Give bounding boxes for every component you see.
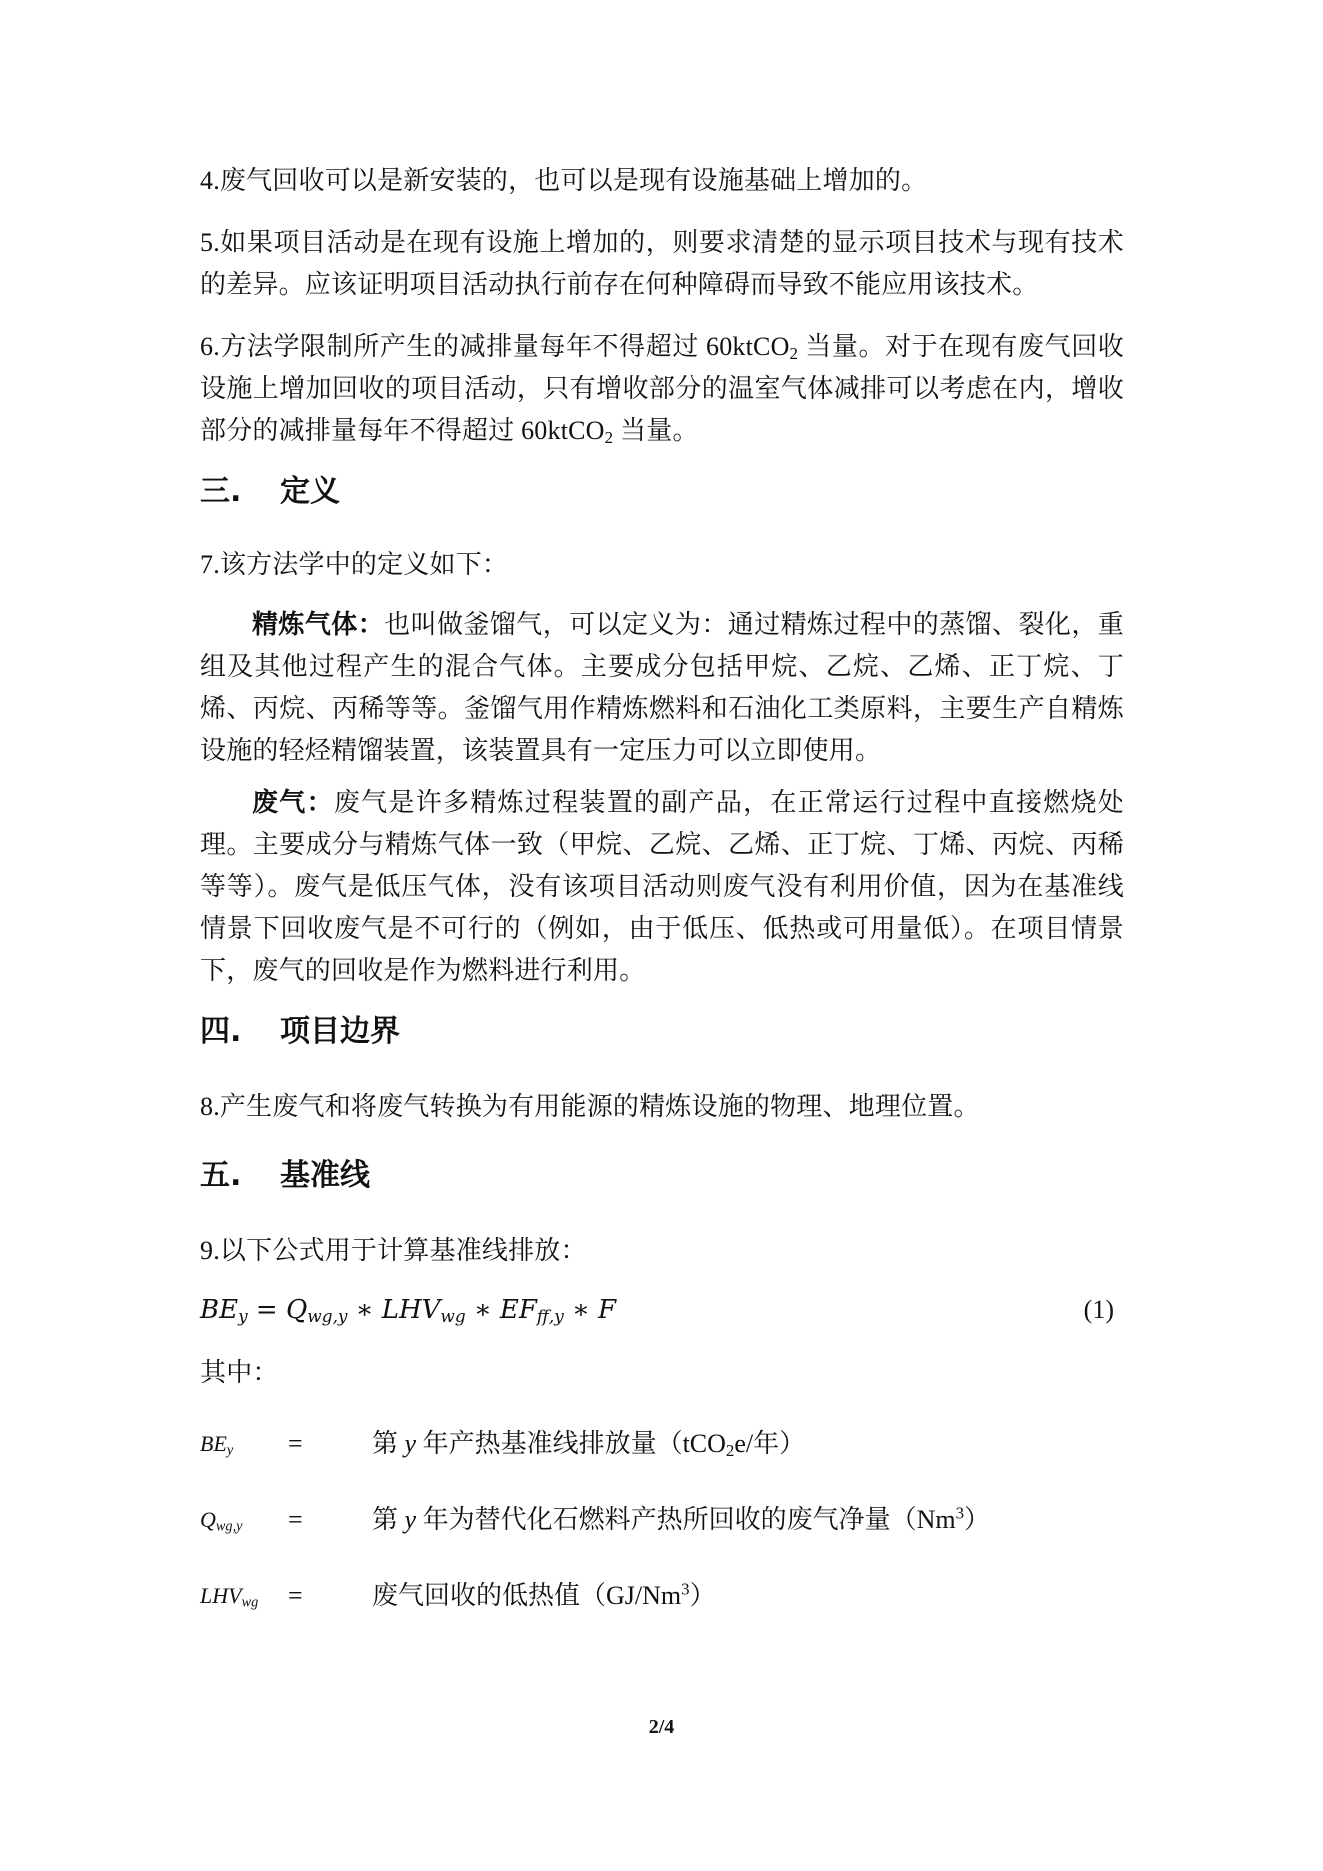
variable-description: 第 y 年产热基准线排放量（tCO2e/年） <box>372 1424 805 1464</box>
section-heading-project-boundary: 四.项目边界 <box>200 1012 400 1052</box>
paragraph-8: 8.产生废气和将废气转换为有用能源的精炼设施的物理、地理位置。 <box>200 1086 1124 1128</box>
variable-definition-lhv: LHVwg = 废气回收的低热值（GJ/Nm3） <box>200 1576 1124 1616</box>
section-heading-definitions: 三.定义 <box>200 472 340 512</box>
section-title: 定义 <box>280 474 340 509</box>
where-label: 其中： <box>200 1352 1124 1394</box>
paragraph-7: 7.该方法学中的定义如下： <box>200 544 1124 586</box>
section-number: 四. <box>200 1012 280 1052</box>
variable-definition-be: BEy = 第 y 年产热基准线排放量（tCO2e/年） <box>200 1424 1124 1464</box>
section-number: 三. <box>200 472 280 512</box>
variable-symbol: Qwg,y <box>200 1500 243 1540</box>
variable-symbol: LHVwg <box>200 1576 258 1616</box>
definition-refinery-gas: 精炼气体：也叫做釜馏气，可以定义为：通过精炼过程中的蒸馏、裂化，重组及其他过程产… <box>200 604 1124 772</box>
variable-description: 第 y 年为替代化石燃料产热所回收的废气净量（Nm3） <box>372 1500 990 1540</box>
paragraph-9: 9.以下公式用于计算基准线排放： <box>200 1230 1124 1272</box>
section-title: 项目边界 <box>280 1014 400 1049</box>
definition-term: 废气： <box>252 788 334 817</box>
page-number: 2/4 <box>0 1716 1323 1739</box>
variable-description: 废气回收的低热值（GJ/Nm3） <box>372 1576 716 1616</box>
variable-symbol: BEy <box>200 1424 233 1464</box>
paragraph-5: 5.如果项目活动是在现有设施上增加的，则要求清楚的显示项目技术与现有技术的差异。… <box>200 222 1124 306</box>
definition-term: 精炼气体： <box>252 610 384 639</box>
paragraph-6: 6.方法学限制所产生的减排量每年不得超过 60ktCO2 当量。对于在现有废气回… <box>200 326 1124 452</box>
section-heading-baseline: 五.基准线 <box>200 1156 370 1196</box>
section-title: 基准线 <box>280 1158 370 1193</box>
baseline-formula: BEy = Qwg,y ∗ LHVwg ∗ EFff,y ∗ F (1) <box>200 1290 1124 1330</box>
definition-waste-gas: 废气：废气是许多精炼过程装置的副产品，在正常运行过程中直接燃烧处理。主要成分与精… <box>200 782 1124 992</box>
section-number: 五. <box>200 1156 280 1196</box>
variable-definition-q: Qwg,y = 第 y 年为替代化石燃料产热所回收的废气净量（Nm3） <box>200 1500 1124 1540</box>
equation-number: (1) <box>1084 1290 1114 1330</box>
paragraph-4: 4.废气回收可以是新安装的，也可以是现有设施基础上增加的。 <box>200 160 1124 202</box>
